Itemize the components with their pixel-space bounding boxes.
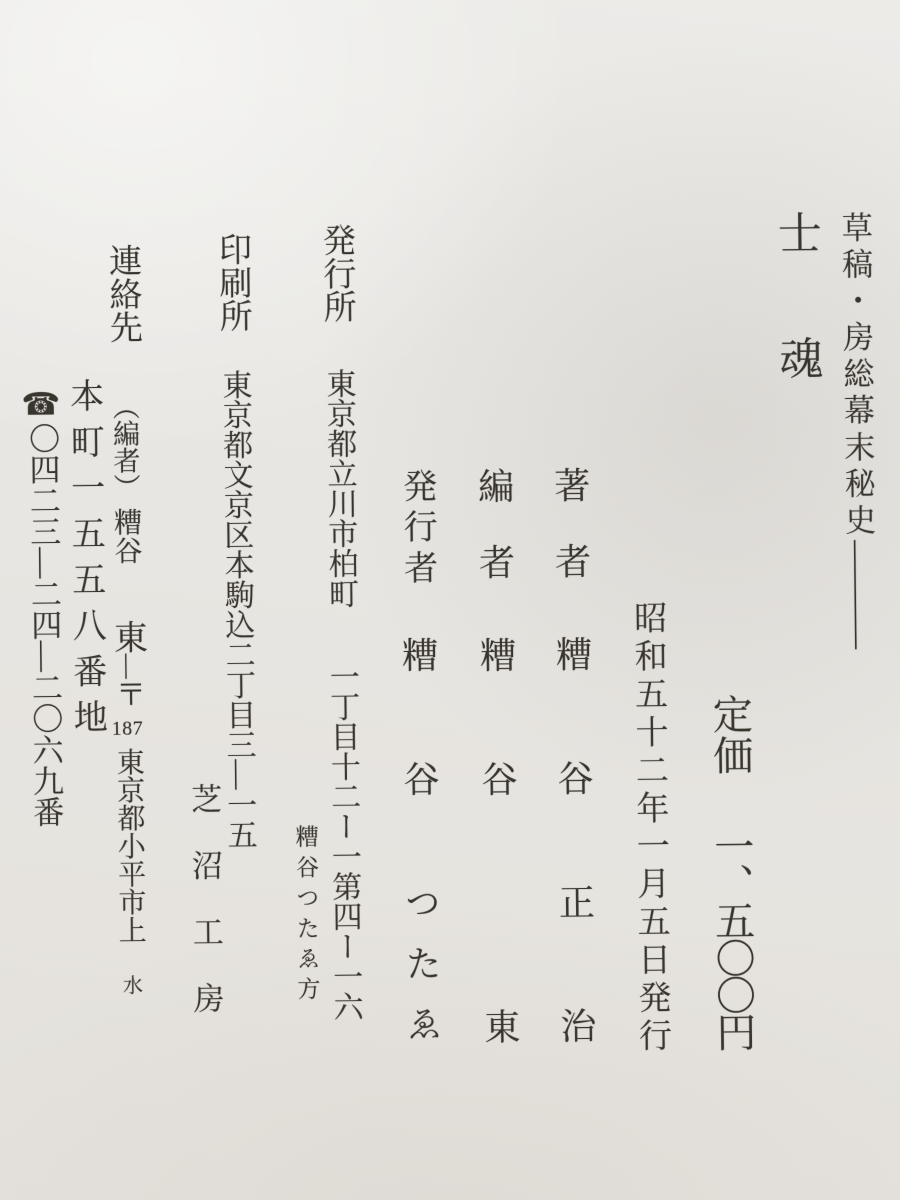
editor-role-label: 編者 — [476, 467, 514, 619]
colophon-page: 草稿・房総幕末秘史―― 士魂 定価一、五〇〇円 昭和五十二年一月五日発行 著者糟… — [0, 0, 900, 1200]
colophon-content: 草稿・房総幕末秘史―― 士魂 定価一、五〇〇円 昭和五十二年一月五日発行 著者糟… — [0, 0, 900, 1200]
price-value: 一、五〇〇円 — [711, 825, 754, 1049]
series-note: 草稿・房総幕末秘史―― — [839, 211, 874, 603]
printer-role-label: 印刷所 — [215, 232, 249, 332]
printer-line: 印刷所東京都文京区本駒込二丁目三―一五 — [215, 232, 255, 849]
author-line: 著者糟谷正治 — [551, 466, 595, 1131]
editor-name: 糟谷 東 — [477, 636, 519, 1132]
contact-line: 連絡先（編者）糟谷東―〒187東京都小平市上水 — [105, 244, 148, 995]
care-of-note: 糟谷つたゑ方 — [294, 825, 319, 1007]
publisher-surname: 糟谷 — [399, 637, 438, 885]
publisher-office-line: 発行所東京都立川市柏町一丁目十二ー一第四ー一六 — [319, 223, 361, 1021]
price-line: 定価一、五〇〇円 — [709, 694, 753, 1049]
printer-address: 東京都文京区本駒込二丁目三―一五 — [218, 369, 253, 849]
contact-dash: ― — [115, 653, 140, 678]
series-note-dash: ―― — [842, 540, 874, 649]
publisher-given-name: つたゑ — [402, 884, 440, 1065]
contact-role-label: 連絡先 — [105, 244, 139, 344]
telephone-icon: ☎ — [26, 386, 57, 423]
print-shop-name: 芝沼工房 — [188, 783, 222, 1050]
contact-annotation: （編者） — [110, 393, 138, 501]
phone-number: 〇四二三―二四―二〇六九番 — [26, 423, 62, 828]
author-name: 糟谷正治 — [553, 636, 595, 1132]
postal-mark-icon: 〒 — [112, 678, 142, 708]
editor-line: 編者糟谷 東 — [476, 467, 520, 1132]
postal-code: 187 — [112, 718, 144, 738]
publisher-office-role-label: 発行所 — [319, 223, 353, 323]
publisher-person-line: 発行者糟谷つたゑ — [398, 468, 441, 1065]
price-label: 定価 — [709, 694, 750, 776]
contact-given-name: 東 — [109, 619, 143, 653]
publication-date: 昭和五十二年一月五日発行 — [630, 601, 668, 1057]
series-note-text: 草稿・房総幕末秘史 — [839, 211, 874, 541]
contact-city-small-char: 水 — [120, 974, 140, 994]
contact-phone: ☎〇四二三―二四―二〇六九番 — [26, 386, 62, 827]
publisher-role-label: 発行者 — [399, 468, 434, 591]
contact-street-address: 本町一五五八番地 — [65, 378, 103, 746]
publisher-office-region: 東京都立川市柏町 — [322, 368, 355, 608]
author-role-label: 著者 — [551, 466, 589, 618]
book-title: 士魂 — [773, 210, 820, 461]
contact-city: 東京都小平市上 — [114, 747, 144, 943]
publisher-office-lot: 一丁目十二ー一第四ー一六 — [326, 661, 360, 1021]
contact-surname: 糟谷 — [111, 508, 140, 565]
